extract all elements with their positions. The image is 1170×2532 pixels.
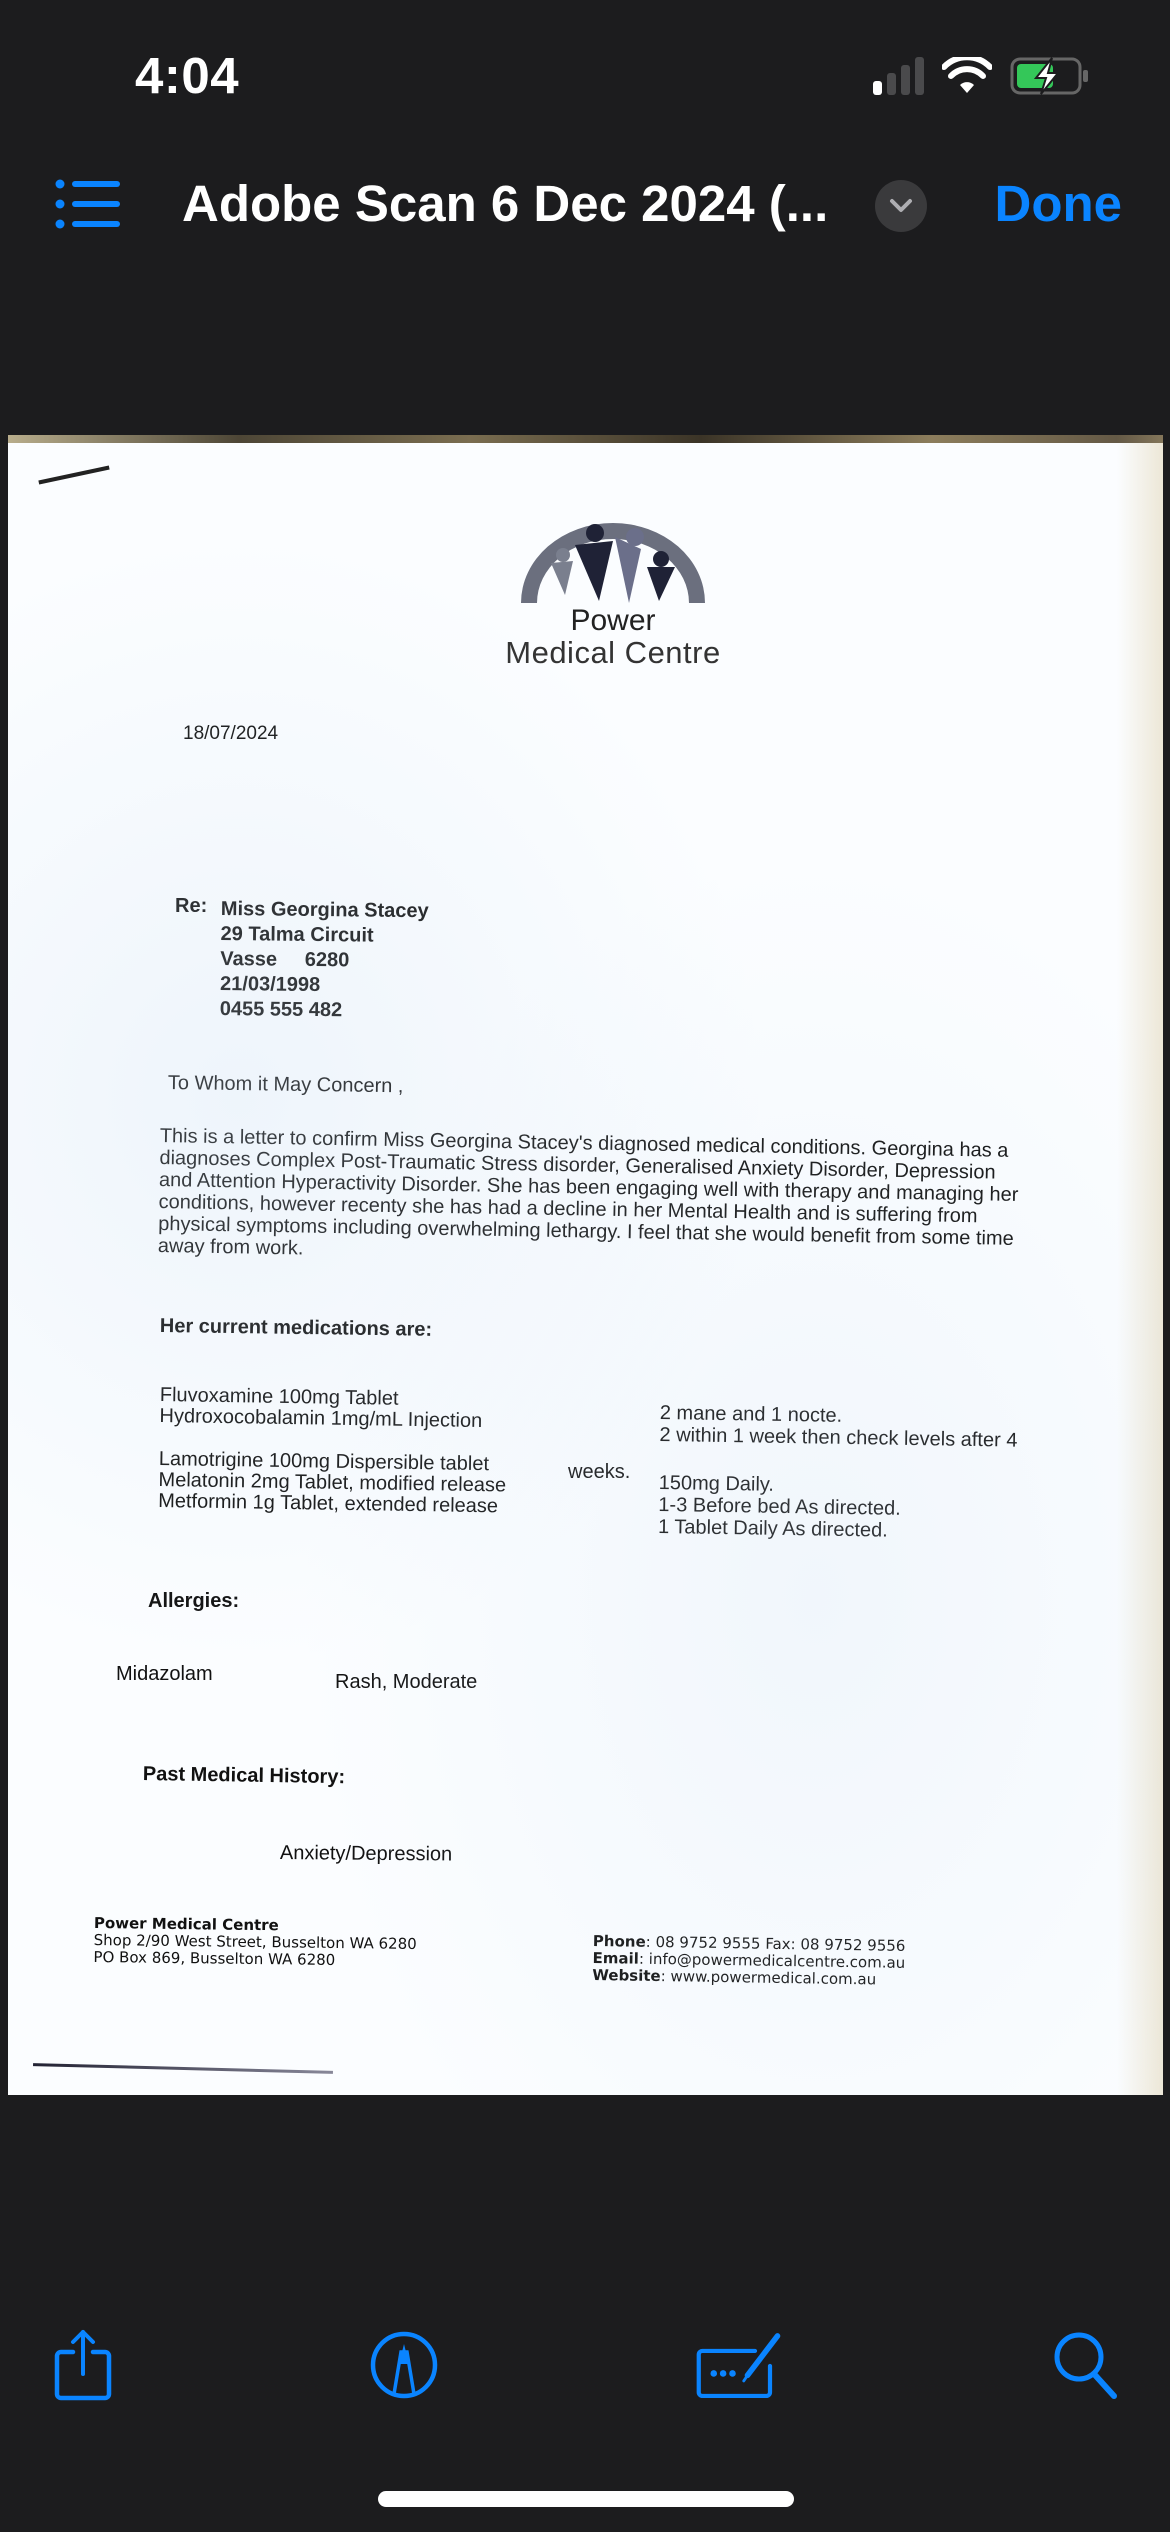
patient-phone: 0455 555 482 [220,997,428,1024]
markup-icon [369,2330,439,2400]
phone-label: Phone [593,1932,646,1951]
medication-instructions: 2 mane and 1 nocte. 2 within 1 week then… [658,1402,1018,1544]
patient-street: 29 Talma Circuit [220,922,428,949]
allergy-substance: Midazolam [116,1663,213,1686]
status-time: 4:04 [135,46,239,105]
salutation: To Whom it May Concern , [168,1072,404,1098]
search-icon [1052,2330,1118,2400]
patient-details: Miss Georgina Stacey 29 Talma Circuit Va… [220,897,429,1024]
done-button[interactable]: Done [995,174,1123,233]
footer-contact: Phone: 08 9752 9555 Fax: 08 9752 9556 Em… [592,1933,905,1989]
fax-label: Fax: [765,1935,796,1953]
scanned-page[interactable]: Power Medical Centre 18/07/2024 Re: Miss… [8,435,1163,2095]
past-medical-history-item: Anxiety/Depression [280,1842,453,1867]
share-icon [53,2328,113,2402]
scan-mark [38,466,109,485]
letter-body: This is a letter to confirm Miss Georgin… [158,1125,1080,1273]
clinic-logo: Power Medical Centre [503,515,723,670]
past-medical-history-heading: Past Medical History: [143,1763,346,1789]
patient-name: Miss Georgina Stacey [221,897,429,924]
medication-names: Fluvoxamine 100mg Tablet Hydroxocobalami… [158,1385,508,1517]
footer-address: Power Medical Centre Shop 2/90 West Stre… [93,1915,417,1970]
letter-date: 18/07/2024 [183,723,278,745]
markup-button[interactable] [359,2320,449,2410]
status-icons [873,56,1090,96]
allergies-heading: Allergies: [148,1590,239,1613]
footer-website: Website: www.powermedical.com.au [592,1967,905,1989]
patient-dob: 21/03/1998 [220,972,428,999]
home-indicator[interactable] [378,2491,794,2507]
document-title[interactable]: Adobe Scan 6 Dec 2024 (... [182,174,828,233]
screen: 4:04 [0,0,1170,2532]
website-label: Website [592,1966,661,1985]
fill-sign-button[interactable] [695,2320,785,2410]
email-label: Email [592,1949,639,1968]
cellular-signal-icon [873,57,924,95]
chevron-down-icon [889,198,913,214]
wifi-icon [942,57,992,95]
logo-text-power: Power [503,606,723,636]
search-button[interactable] [1040,2320,1130,2410]
people-arch-logo-icon [513,515,713,605]
fill-sign-icon [695,2330,785,2400]
medications-heading: Her current medications are: [160,1315,433,1342]
list-icon [54,178,122,230]
medication-instruction: 1 Tablet Daily As directed. [658,1516,1016,1544]
logo-text-medical-centre: Medical Centre [503,636,723,670]
website-value: www.powermedical.com.au [670,1967,876,1988]
re-label: Re: [175,895,207,918]
list-button[interactable] [54,178,122,230]
share-button[interactable] [38,2320,128,2410]
battery-charging-icon [1010,56,1090,96]
medication-wrap-text: weeks. [568,1461,630,1484]
patient-suburb: Vasse 6280 [220,947,428,974]
allergy-reaction: Rash, Moderate [335,1671,477,1694]
bottom-toolbar [0,2320,1170,2410]
scan-mark [33,2063,333,2074]
medication-name: Metformin 1g Tablet, extended release [158,1491,506,1517]
title-menu-button[interactable] [875,180,927,232]
nav-bar: Adobe Scan 6 Dec 2024 (... Done [0,160,1170,250]
